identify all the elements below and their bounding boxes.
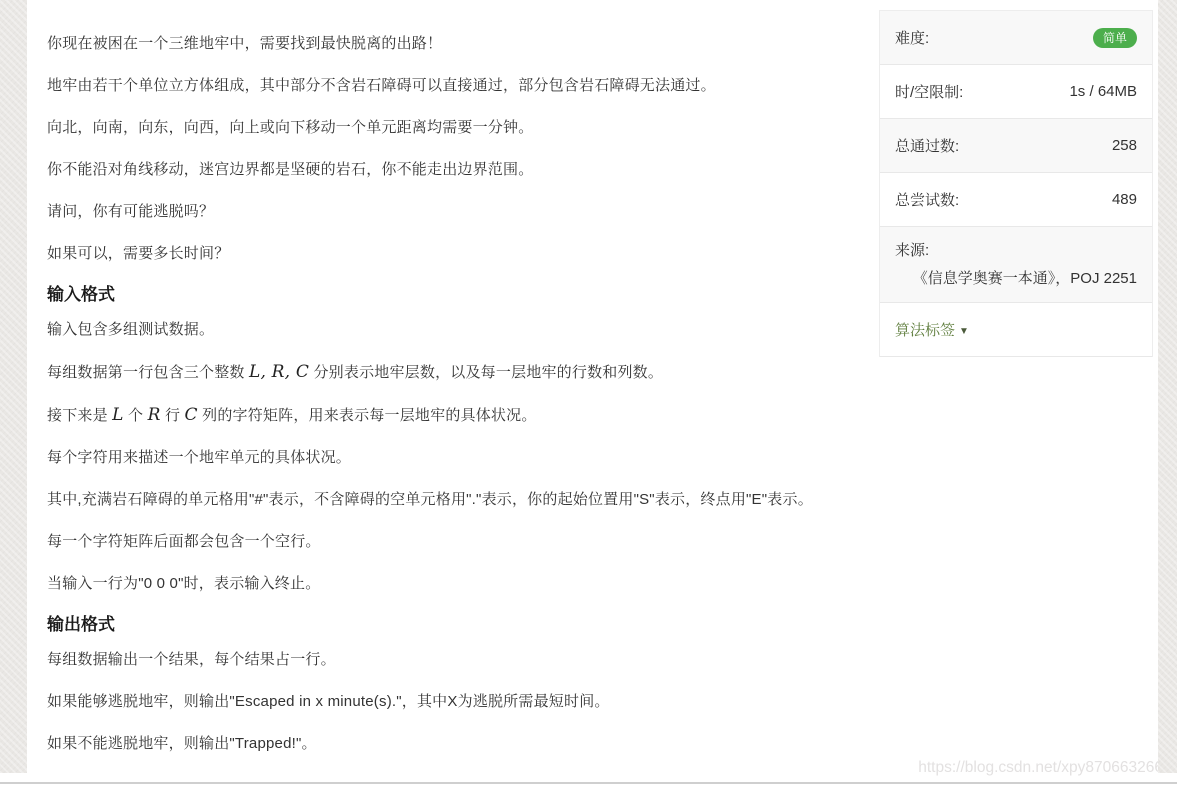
paragraph: 输入包含多组测试数据。 [47, 316, 859, 344]
paragraph: 地牢由若干个单位立方体组成，其中部分不含岩石障碍可以直接通过，部分包含岩石障碍无… [47, 72, 859, 100]
text-run: 输入包含多组测试数据。 [47, 321, 214, 338]
text-run: 行 [161, 407, 185, 424]
text-run: 如果能够逃脱地牢，则输出"Escaped in x minute(s)."，其中… [47, 693, 610, 710]
problem-statement: 你现在被困在一个三维地牢中，需要找到最快脱离的出路！地牢由若干个单位立方体组成，… [47, 0, 859, 772]
meta-row-attempts: 总尝试数: 489 [880, 173, 1152, 227]
limits-label: 时/空限制: [895, 81, 963, 102]
text-run: 每组数据第一行包含三个整数 [47, 364, 249, 381]
paragraph: 你现在被困在一个三维地牢中，需要找到最快脱离的出路！ [47, 30, 859, 58]
algorithm-tags-label: 算法标签 [895, 322, 955, 339]
text-run: 请问，你有可能逃脱吗？ [47, 203, 214, 220]
section-heading: 输入格式 [47, 282, 859, 308]
page-background-left-strip [0, 0, 27, 773]
meta-row-limits: 时/空限制: 1s / 64MB [880, 65, 1152, 119]
paragraph: 每组数据输出一个结果，每个结果占一行。 [47, 646, 859, 674]
text-run: 地牢由若干个单位立方体组成，其中部分不含岩石障碍可以直接通过，部分包含岩石障碍无… [47, 77, 716, 94]
text-run: 每一个字符矩阵后面都会包含一个空行。 [47, 533, 321, 550]
csdn-watermark: https://blog.csdn.net/xpy870663266 [918, 759, 1163, 777]
paragraph: 当输入一行为"0 0 0"时，表示输入终止。 [47, 570, 859, 598]
meta-row-accepted: 总通过数: 258 [880, 119, 1152, 173]
text-run: 输出格式 [47, 615, 115, 634]
text-run: 其中,充满岩石障碍的单元格用"#"表示，不含障碍的空单元格用"."表示，你的起始… [47, 491, 813, 508]
paragraph: 每个字符用来描述一个地牢单元的具体状况。 [47, 444, 859, 472]
meta-row-source: 来源: 《信息学奥赛一本通》，POJ 2251 [880, 227, 1152, 303]
accepted-count: 258 [1112, 137, 1137, 154]
page-background-right-strip [1158, 0, 1177, 773]
attempts-label: 总尝试数: [895, 189, 959, 210]
paragraph: 接下来是 L 个 R 行 C 列的字符矩阵，用来表示每一层地牢的具体状况。 [47, 401, 859, 430]
text-run: 分别表示地牢层数，以及每一层地牢的行数和列数。 [309, 364, 663, 381]
math-variable: L [112, 405, 124, 425]
text-run: 如果可以，需要多长时间？ [47, 245, 229, 262]
paragraph: 你不能沿对角线移动，迷宫边界都是坚硬的岩石，你不能走出边界范围。 [47, 156, 859, 184]
text-run: 每个字符用来描述一个地牢单元的具体状况。 [47, 449, 351, 466]
math-variable: R [148, 405, 161, 425]
chevron-down-icon: ▼ [959, 326, 969, 337]
paragraph: 如果能够逃脱地牢，则输出"Escaped in x minute(s)."，其中… [47, 688, 859, 716]
math-variable: L, R, C [249, 362, 309, 382]
text-run: 接下来是 [47, 407, 112, 424]
paragraph: 请问，你有可能逃脱吗？ [47, 198, 859, 226]
math-variable: C [185, 405, 198, 425]
meta-row-difficulty: 难度: 简单 [880, 11, 1152, 65]
text-run: 你现在被困在一个三维地牢中，需要找到最快脱离的出路！ [47, 35, 442, 52]
paragraph: 如果可以，需要多长时间？ [47, 240, 859, 268]
difficulty-badge: 简单 [1093, 28, 1137, 48]
text-run: 你不能沿对角线移动，迷宫边界都是坚硬的岩石，你不能走出边界范围。 [47, 161, 533, 178]
text-run: 列的字符矩阵，用来表示每一层地牢的具体状况。 [198, 407, 537, 424]
accepted-label: 总通过数: [895, 135, 959, 156]
paragraph: 其中,充满岩石障碍的单元格用"#"表示，不含障碍的空单元格用"."表示，你的起始… [47, 486, 859, 514]
text-run: 当输入一行为"0 0 0"时，表示输入终止。 [47, 575, 320, 592]
attempts-count: 489 [1112, 191, 1137, 208]
paragraph: 向北，向南，向东，向西，向上或向下移动一个单元距离均需要一分钟。 [47, 114, 859, 142]
paragraph: 每一个字符矩阵后面都会包含一个空行。 [47, 528, 859, 556]
source-value: 《信息学奥赛一本通》，POJ 2251 [895, 268, 1137, 290]
text-run: 个 [124, 407, 148, 424]
algorithm-tags-toggle[interactable]: 算法标签▼ [880, 303, 1152, 357]
problem-meta-panel: 难度: 简单 时/空限制: 1s / 64MB 总通过数: 258 总尝试数: … [879, 10, 1153, 357]
text-run: 输入格式 [47, 285, 115, 304]
text-run: 每组数据输出一个结果，每个结果占一行。 [47, 651, 336, 668]
difficulty-label: 难度: [895, 27, 929, 48]
text-run: 如果不能逃脱地牢，则输出"Trapped!"。 [47, 735, 317, 752]
bottom-divider [0, 782, 1177, 784]
limits-value: 1s / 64MB [1069, 83, 1137, 100]
section-heading: 输出格式 [47, 612, 859, 638]
source-label: 来源: [895, 242, 929, 259]
paragraph: 每组数据第一行包含三个整数 L, R, C 分别表示地牢层数，以及每一层地牢的行… [47, 358, 859, 387]
text-run: 向北，向南，向东，向西，向上或向下移动一个单元距离均需要一分钟。 [47, 119, 533, 136]
paragraph: 如果不能逃脱地牢，则输出"Trapped!"。 [47, 730, 859, 758]
